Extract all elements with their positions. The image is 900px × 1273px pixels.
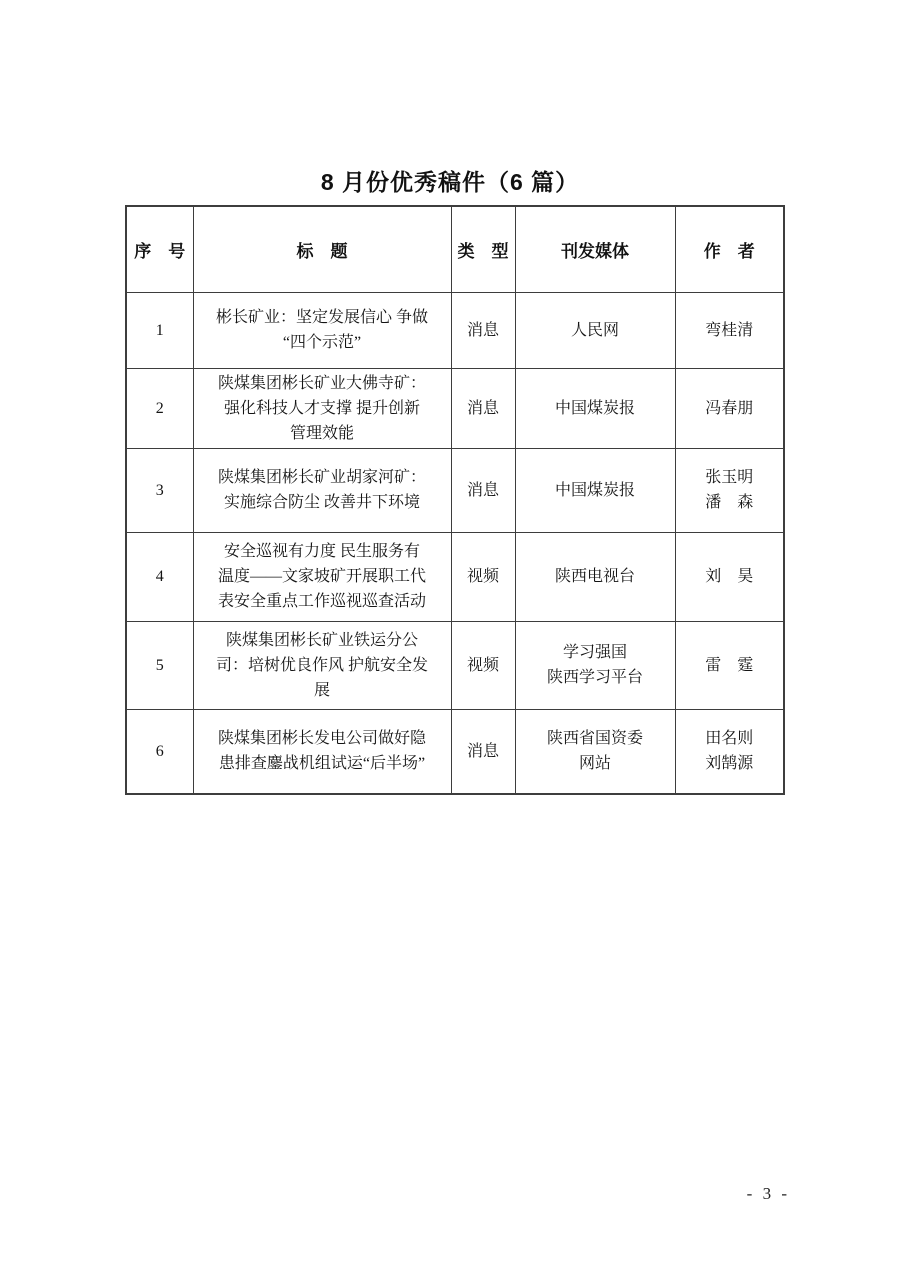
cell-author: 刘 昊 <box>675 532 784 621</box>
cell-media: 人民网 <box>515 292 675 368</box>
cell-author: 雷 霆 <box>675 621 784 709</box>
cell-media: 中国煤炭报 <box>515 448 675 532</box>
cell-serial: 5 <box>126 621 193 709</box>
column-header-serial: 序 号 <box>126 206 193 292</box>
cell-type: 视频 <box>451 621 515 709</box>
cell-title: 陕煤集团彬长矿业胡家河矿： 实施综合防尘 改善井下环境 <box>193 448 451 532</box>
cell-serial: 3 <box>126 448 193 532</box>
cell-author: 田名则 刘鹄源 <box>675 709 784 794</box>
table-row: 6 陕煤集团彬长发电公司做好隐 患排查鏖战机组试运“后半场” 消息 陕西省国资委… <box>126 709 784 794</box>
cell-author: 张玉明 潘 森 <box>675 448 784 532</box>
cell-type: 视频 <box>451 532 515 621</box>
cell-title: 彬长矿业：坚定发展信心 争做 “四个示范” <box>193 292 451 368</box>
cell-title: 安全巡视有力度 民生服务有 温度——文家坡矿开展职工代 表安全重点工作巡视巡查活… <box>193 532 451 621</box>
table-row: 4 安全巡视有力度 民生服务有 温度——文家坡矿开展职工代 表安全重点工作巡视巡… <box>126 532 784 621</box>
table-row: 2 陕煤集团彬长矿业大佛寺矿： 强化科技人才支撑 提升创新 管理效能 消息 中国… <box>126 368 784 448</box>
column-header-media: 刊发媒体 <box>515 206 675 292</box>
page-number: - 3 - <box>747 1184 790 1204</box>
table-row: 3 陕煤集团彬长矿业胡家河矿： 实施综合防尘 改善井下环境 消息 中国煤炭报 张… <box>126 448 784 532</box>
document-page: 8 月份优秀稿件（6 篇） 序 号 标 题 类 型 刊发媒体 作 者 1 彬长矿… <box>0 0 900 1273</box>
table-header-row: 序 号 标 题 类 型 刊发媒体 作 者 <box>126 206 784 292</box>
cell-title: 陕煤集团彬长矿业铁运分公 司：培树优良作风 护航安全发 展 <box>193 621 451 709</box>
table-row: 1 彬长矿业：坚定发展信心 争做 “四个示范” 消息 人民网 弯桂清 <box>126 292 784 368</box>
cell-type: 消息 <box>451 709 515 794</box>
cell-media: 陕西省国资委 网站 <box>515 709 675 794</box>
column-header-type: 类 型 <box>451 206 515 292</box>
table-row: 5 陕煤集团彬长矿业铁运分公 司：培树优良作风 护航安全发 展 视频 学习强国 … <box>126 621 784 709</box>
column-header-author: 作 者 <box>675 206 784 292</box>
cell-type: 消息 <box>451 292 515 368</box>
cell-author: 弯桂清 <box>675 292 784 368</box>
cell-media: 学习强国 陕西学习平台 <box>515 621 675 709</box>
cell-serial: 6 <box>126 709 193 794</box>
cell-author: 冯春朋 <box>675 368 784 448</box>
cell-title: 陕煤集团彬长矿业大佛寺矿： 强化科技人才支撑 提升创新 管理效能 <box>193 368 451 448</box>
cell-media: 陕西电视台 <box>515 532 675 621</box>
page-title: 8 月份优秀稿件（6 篇） <box>0 164 900 197</box>
cell-type: 消息 <box>451 368 515 448</box>
cell-serial: 2 <box>126 368 193 448</box>
cell-type: 消息 <box>451 448 515 532</box>
column-header-title: 标 题 <box>193 206 451 292</box>
manuscripts-table: 序 号 标 题 类 型 刊发媒体 作 者 1 彬长矿业：坚定发展信心 争做 “四… <box>125 205 785 795</box>
cell-serial: 4 <box>126 532 193 621</box>
cell-media: 中国煤炭报 <box>515 368 675 448</box>
cell-serial: 1 <box>126 292 193 368</box>
cell-title: 陕煤集团彬长发电公司做好隐 患排查鏖战机组试运“后半场” <box>193 709 451 794</box>
